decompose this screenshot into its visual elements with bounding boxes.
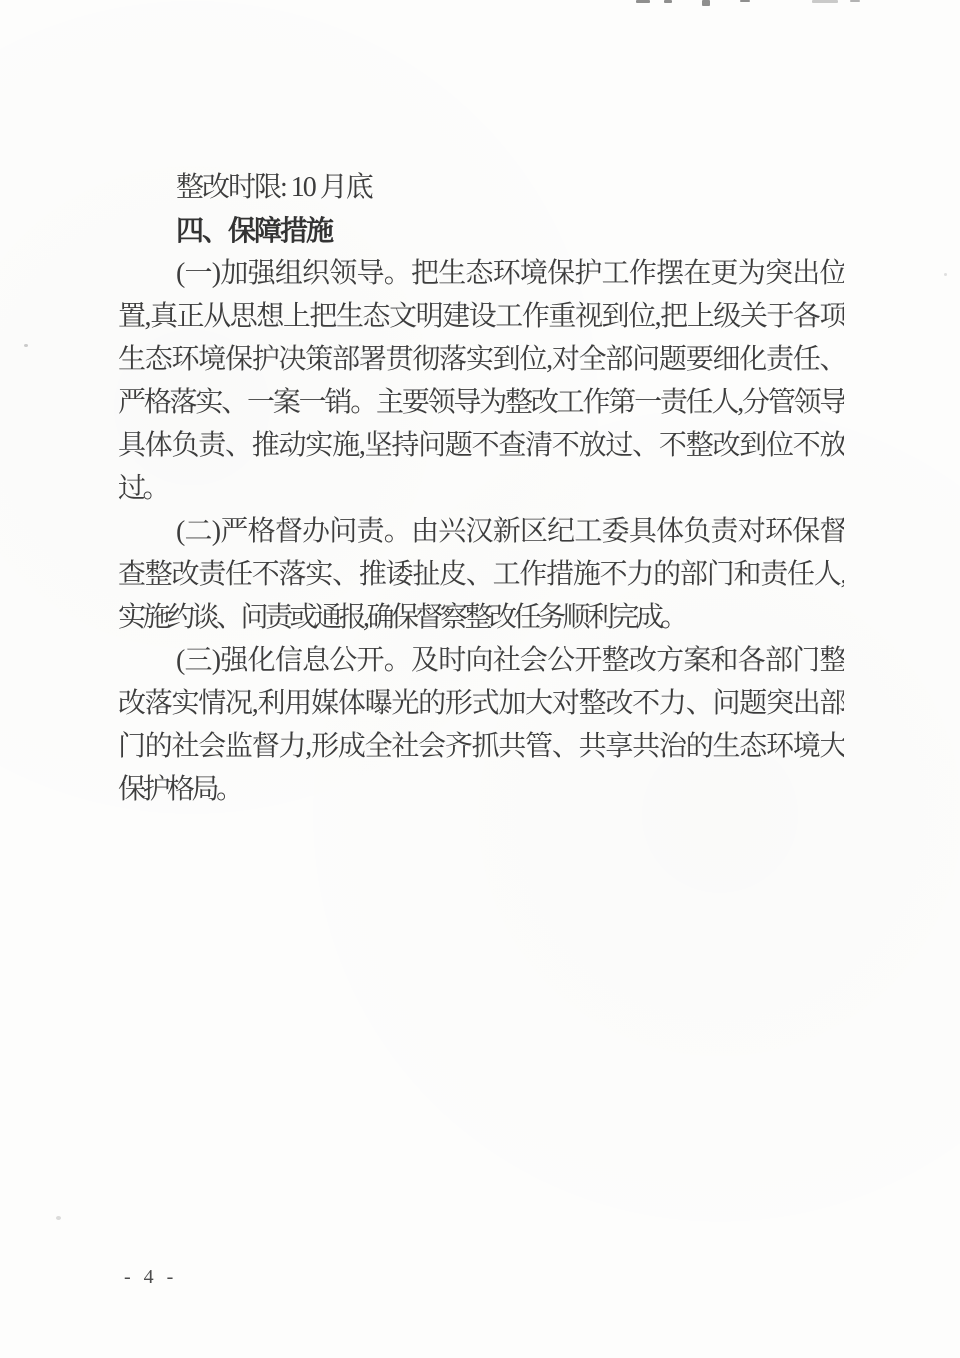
text-line: (一)加强组织领导。把生态环境保护工作摆在更为突出位 bbox=[118, 252, 844, 295]
text-line: 生态环境保护决策部署贯彻落实到位,对全部问题要细化责任、 bbox=[118, 338, 844, 381]
text-line: 过。 bbox=[118, 467, 844, 510]
scan-artifact bbox=[740, 0, 750, 2]
text-line: 保护格局。 bbox=[118, 768, 844, 811]
scan-artifact bbox=[850, 0, 860, 2]
text-line: 实施约谈、问责或通报,确保督察整改任务顺利完成。 bbox=[118, 596, 844, 639]
text-line: (三)强化信息公开。及时向社会公开整改方案和各部门整 bbox=[118, 639, 844, 682]
page-number: - 4 - bbox=[124, 1266, 177, 1289]
document-page: 整改时限: 10 月底四、保障措施(一)加强组织领导。把生态环境保护工作摆在更为… bbox=[0, 0, 960, 1358]
document-body: 整改时限: 10 月底四、保障措施(一)加强组织领导。把生态环境保护工作摆在更为… bbox=[118, 166, 844, 811]
text-line: 查整改责任不落实、推诿扯皮、工作措施不力的部门和责任人, bbox=[118, 553, 844, 596]
text-line: 门的社会监督力,形成全社会齐抓共管、共享共治的生态环境大 bbox=[118, 725, 844, 768]
text-line: 置,真正从思想上把生态文明建设工作重视到位,把上级关于各项 bbox=[118, 295, 844, 338]
text-line: 具体负责、推动实施,坚持问题不查清不放过、不整改到位不放 bbox=[118, 424, 844, 467]
scan-artifact bbox=[812, 0, 838, 3]
text-line: 严格落实、一案一销。主要领导为整改工作第一责任人,分管领导 bbox=[118, 381, 844, 424]
scan-artifact bbox=[702, 0, 710, 6]
scan-speck bbox=[56, 1216, 61, 1220]
scan-speck bbox=[24, 344, 28, 347]
text-line: 改落实情况,利用媒体曝光的形式加大对整改不力、问题突出部 bbox=[118, 682, 844, 725]
text-line: (二)严格督办问责。由兴汉新区纪工委具体负责对环保督 bbox=[118, 510, 844, 553]
scan-artifact bbox=[636, 0, 650, 3]
scan-artifact bbox=[664, 0, 672, 3]
section-heading: 四、保障措施 bbox=[118, 209, 844, 252]
meta-line: 整改时限: 10 月底 bbox=[118, 166, 844, 209]
scan-speck bbox=[944, 273, 947, 276]
